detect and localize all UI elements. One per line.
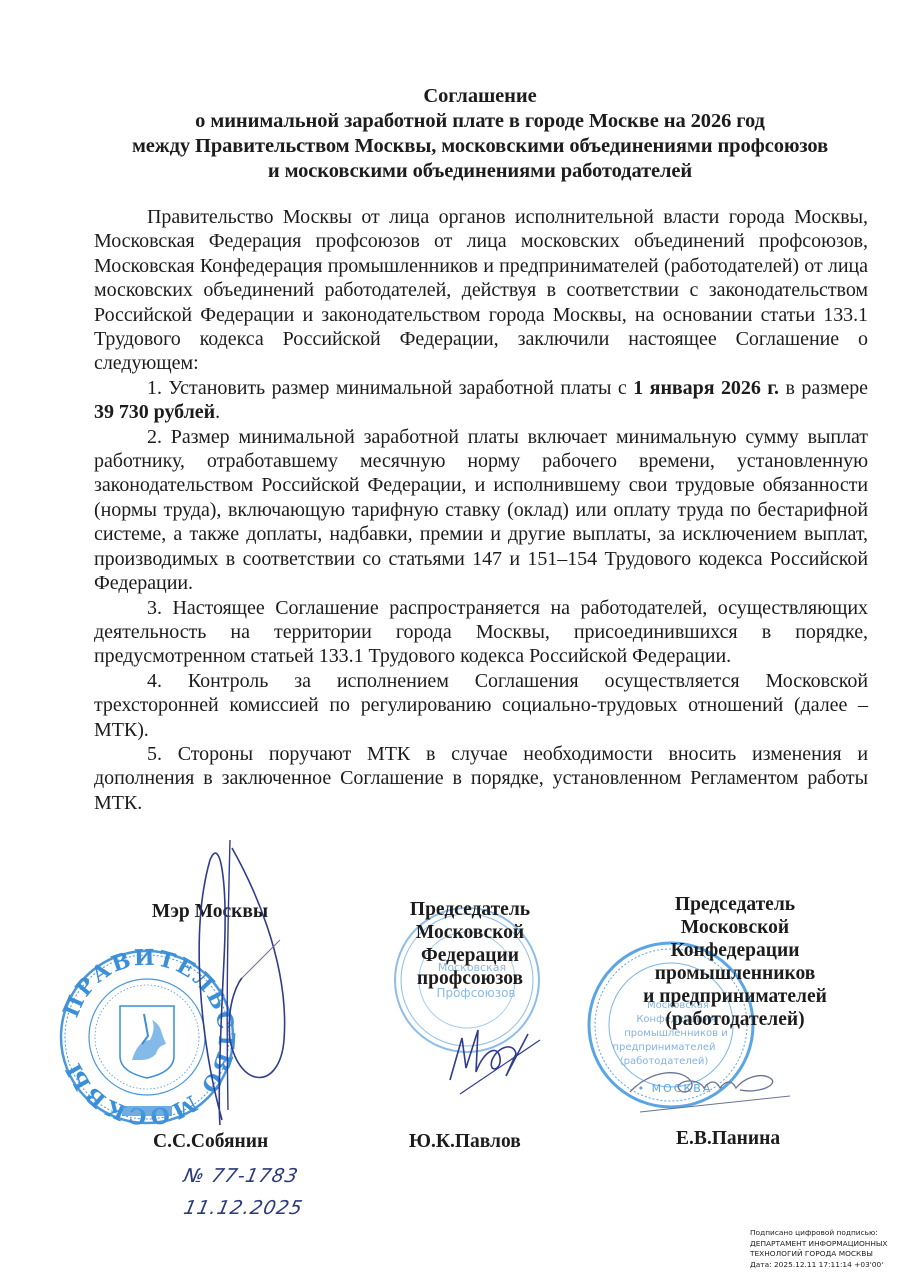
clause-2: 2. Размер минимальной заработной платы в… bbox=[94, 425, 868, 596]
moscow-government-stamp: ПРАВИТЕЛЬСТВО МОСКВЫ bbox=[58, 948, 236, 1126]
title-line: о минимальной заработной плате в городе … bbox=[80, 109, 880, 134]
title-line: между Правительством Москвы, московскими… bbox=[80, 134, 880, 159]
svg-text:(работодателей): (работодателей) bbox=[620, 1056, 709, 1067]
clause-number: 2. bbox=[147, 426, 162, 448]
clause-number: 4. bbox=[147, 670, 162, 692]
title-line: промышленников bbox=[630, 962, 840, 985]
svg-text:предпринимателей: предпринимателей bbox=[612, 1042, 715, 1053]
title-line: Председатель bbox=[380, 898, 560, 921]
digital-signature-block: Подписано цифровой подписью: ДЕПАРТАМЕНТ… bbox=[750, 1228, 908, 1270]
clause-3: 3. Настоящее Соглашение распространяется… bbox=[94, 596, 868, 669]
title-line: и московскими объединениями работодателе… bbox=[80, 159, 880, 184]
clause-text: Установить размер минимальной заработной… bbox=[168, 377, 633, 399]
effective-date: 1 января 2026 г. bbox=[633, 377, 779, 399]
title-line: Федерации bbox=[380, 944, 560, 967]
digital-signature-line: Подписано цифровой подписью: bbox=[750, 1228, 908, 1239]
clause-1: 1. Установить размер минимальной заработ… bbox=[94, 376, 868, 425]
clause-number: 5. bbox=[147, 743, 162, 765]
registration-number: № 77-1783 bbox=[182, 1165, 301, 1187]
preamble-paragraph: Правительство Москвы от лица органов исп… bbox=[94, 205, 868, 376]
svg-text:• МОСКВА •: • МОСКВА • bbox=[638, 1082, 727, 1095]
minimum-wage-amount: 39 730 рублей bbox=[94, 401, 215, 423]
signatory-1-title: Мэр Москвы bbox=[130, 900, 290, 923]
signatory-3-title: Председатель Московской Конфедерации про… bbox=[630, 893, 840, 1031]
title-line: Председатель bbox=[630, 893, 840, 916]
clause-number: 3. bbox=[147, 597, 162, 619]
clause-4: 4. Контроль за исполнением Соглашения ос… bbox=[94, 669, 868, 742]
signatory-2-title: Председатель Московской Федерации профсо… bbox=[380, 898, 560, 990]
document-title: Соглашение о минимальной заработной плат… bbox=[80, 84, 880, 184]
clause-number: 1. bbox=[147, 377, 162, 399]
registration-date: 11.12.2025 bbox=[182, 1197, 305, 1219]
signatory-2-name: Ю.К.Павлов bbox=[409, 1131, 521, 1153]
title-line: Мэр Москвы bbox=[130, 900, 290, 923]
title-line: (работодателей) bbox=[630, 1008, 840, 1031]
document-body: Правительство Москвы от лица органов исп… bbox=[94, 205, 868, 815]
digital-signature-date: Дата: 2025.12.11 17:11:14 +03'00' bbox=[750, 1260, 908, 1271]
signatory-1-name: С.С.Собянин bbox=[153, 1131, 268, 1153]
digital-signature-line: ДЕПАРТАМЕНТ ИНФОРМАЦИОННЫХ bbox=[750, 1239, 908, 1250]
title-line: Московской bbox=[630, 916, 840, 939]
clause-text: в размере bbox=[779, 377, 868, 399]
title-line: и предпринимателей bbox=[630, 985, 840, 1008]
title-line: Конфедерации bbox=[630, 939, 840, 962]
title-line: Соглашение bbox=[80, 84, 880, 109]
digital-signature-line: ТЕХНОЛОГИЙ ГОРОДА МОСКВЫ bbox=[750, 1249, 908, 1260]
clause-text: Стороны поручают МТК в случае необходимо… bbox=[94, 743, 868, 814]
title-line: Московской bbox=[380, 921, 560, 944]
title-line: профсоюзов bbox=[380, 967, 560, 990]
clause-text: Контроль за исполнением Соглашения осуще… bbox=[94, 670, 868, 741]
document-page: Соглашение о минимальной заработной плат… bbox=[0, 0, 908, 1280]
clause-text: Настоящее Соглашение распространяется на… bbox=[94, 597, 868, 668]
clause-5: 5. Стороны поручают МТК в случае необход… bbox=[94, 742, 868, 815]
clause-text: . bbox=[215, 401, 220, 423]
signatory-3-name: Е.В.Панина bbox=[676, 1128, 780, 1150]
clause-text: Размер минимальной заработной платы вклю… bbox=[94, 426, 868, 594]
